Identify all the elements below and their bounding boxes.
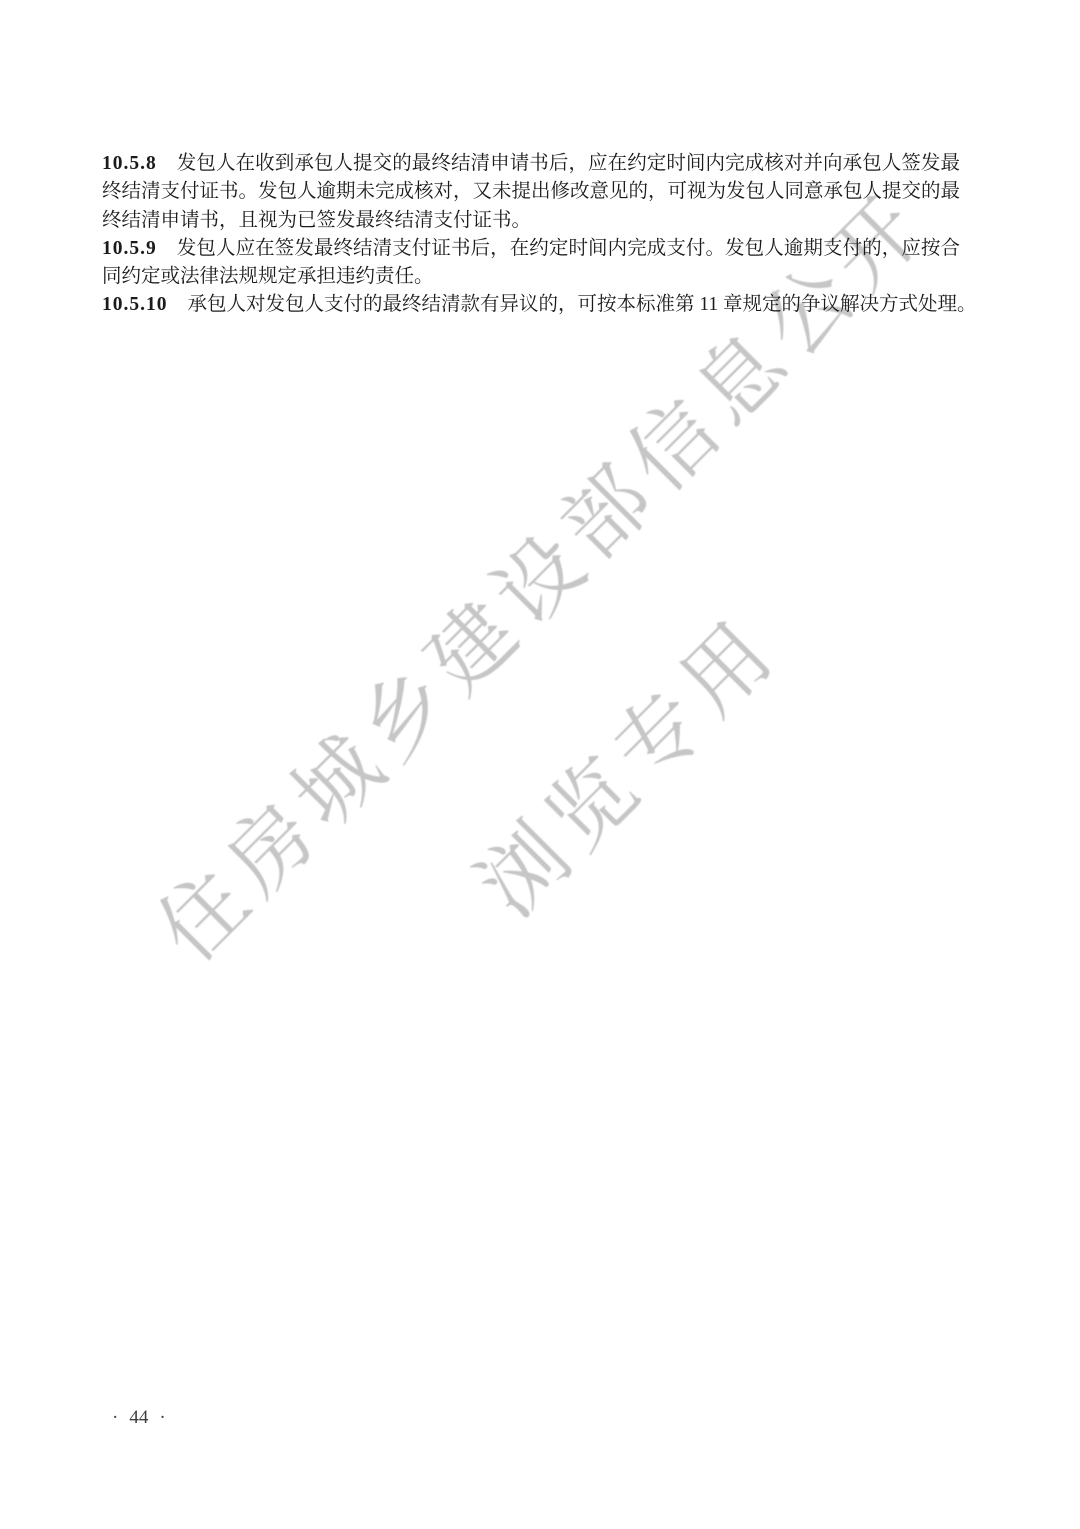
document-page: 住房城乡建设部信息公开 浏览专用 10.5.8发包人在收到承包人提交的最终结清申… — [0, 0, 1080, 1529]
clause-text: 发包人应在签发最终结清支付证书后，在约定时间内完成支付。发包人逾期支付的，应按合… — [102, 238, 960, 287]
page-number: 44 — [129, 1407, 148, 1429]
paragraph-10-5-10: 10.5.10承包人对发包人支付的最终结清款有异议的，可按本标准第 11 章规定… — [102, 291, 960, 319]
clause-text: 承包人对发包人支付的最终结清款有异议的，可按本标准第 11 章规定的争议解决方式… — [188, 294, 977, 315]
paragraph-10-5-9: 10.5.9发包人应在签发最终结清支付证书后，在约定时间内完成支付。发包人逾期支… — [102, 235, 960, 292]
clause-number: 10.5.9 — [102, 238, 157, 259]
clause-number: 10.5.8 — [102, 153, 157, 174]
page-number-dot-right: · — [159, 1407, 165, 1429]
page-number-dot-left: · — [112, 1407, 118, 1429]
clause-number: 10.5.10 — [102, 294, 168, 315]
clause-text: 发包人在收到承包人提交的最终结清申请书后，应在约定时间内完成核对并向承包人签发最… — [102, 153, 960, 231]
paragraph-10-5-8: 10.5.8发包人在收到承包人提交的最终结清申请书后，应在约定时间内完成核对并向… — [102, 150, 960, 235]
clause-text-block: 10.5.8发包人在收到承包人提交的最终结清申请书后，应在约定时间内完成核对并向… — [102, 150, 960, 320]
page-footer: · 44 · — [112, 1407, 166, 1429]
watermark-line-2: 浏览专用 — [466, 604, 794, 932]
